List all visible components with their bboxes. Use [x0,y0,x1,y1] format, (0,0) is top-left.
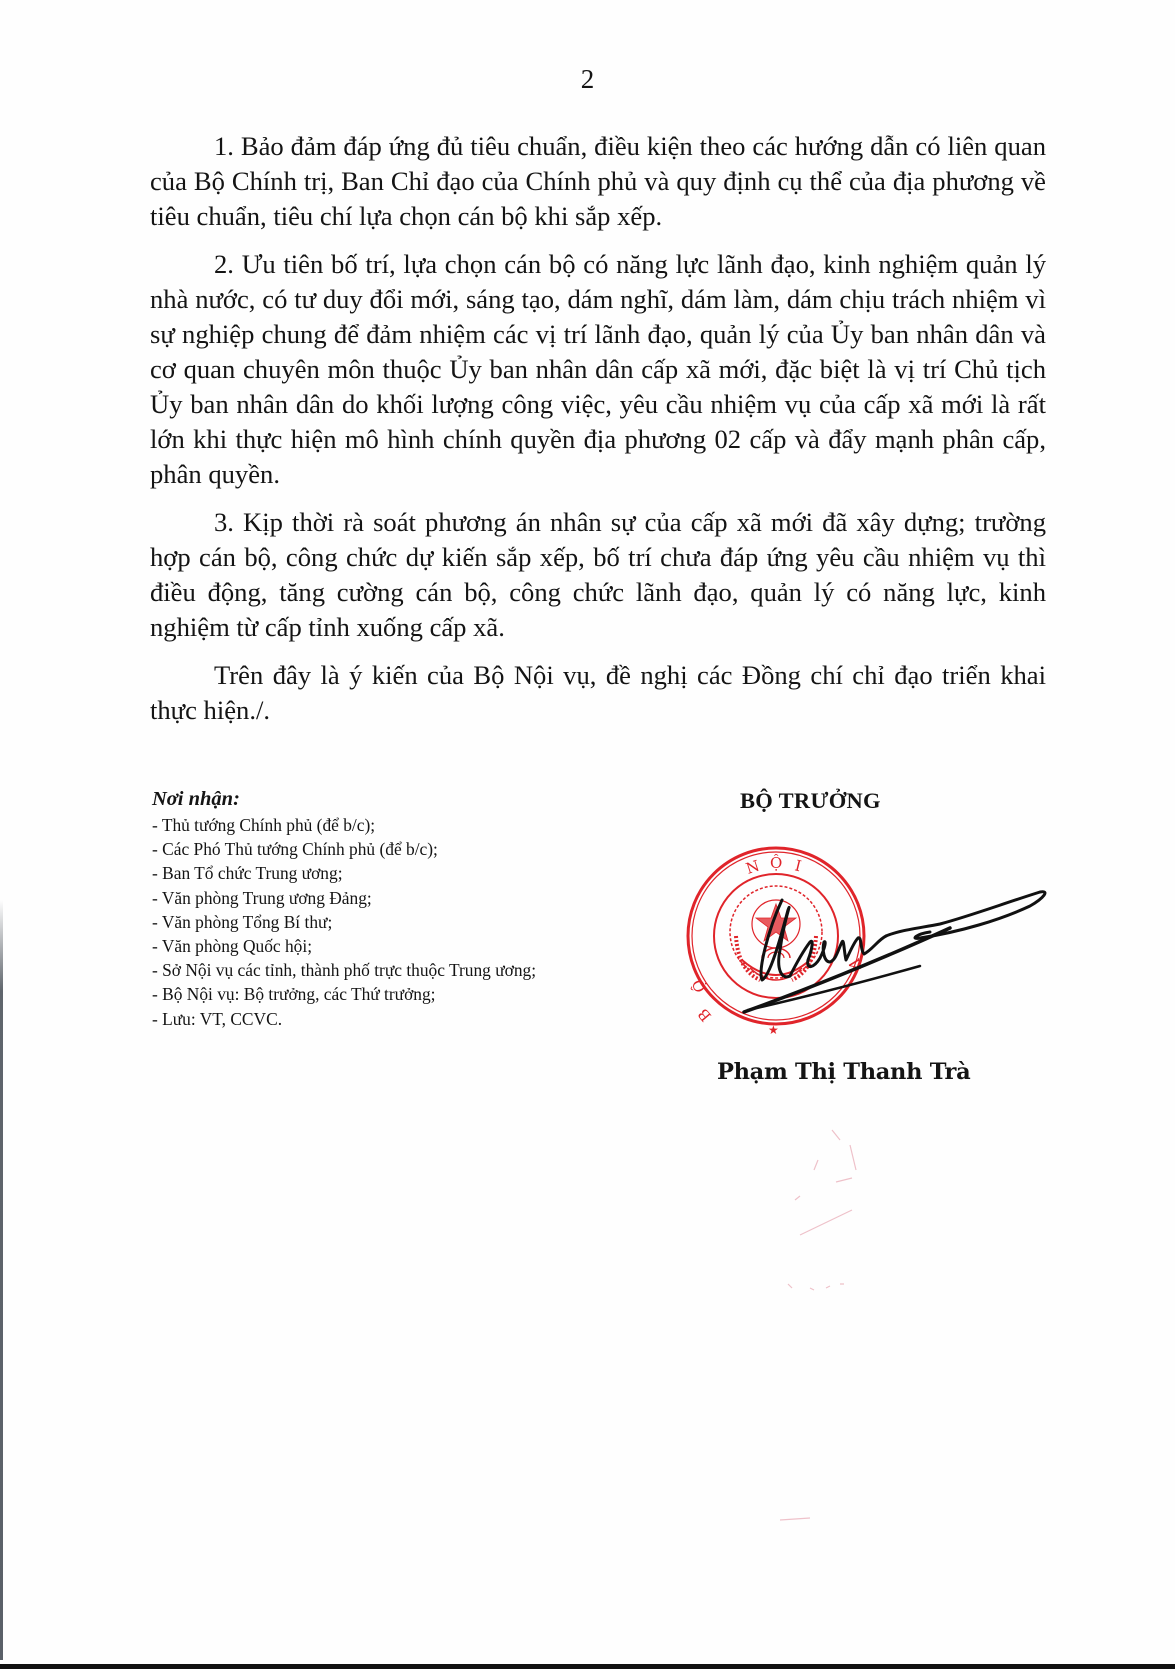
svg-text:★: ★ [768,1023,779,1037]
recipients-heading: Nơi nhận: [152,785,672,813]
recipient-item: - Văn phòng Trung ương Đảng; [152,886,672,910]
recipients-block: Nơi nhận: - Thủ tướng Chính phủ (để b/c)… [152,785,672,1031]
signer-title: BỘ TRƯỞNG [740,786,960,816]
paragraph-3: 3. Kịp thời rà soát phương án nhân sự củ… [150,505,1046,645]
svg-text:N: N [744,857,762,878]
document-body: 1. Bảo đảm đáp ứng đủ tiêu chuẩn, điều k… [150,129,1046,741]
document-page: 2 1. Bảo đảm đáp ứng đủ tiêu chuẩn, điều… [0,0,1175,1669]
recipient-item: - Các Phó Thủ tướng Chính phủ (để b/c); [152,837,672,861]
signer-name: Phạm Thị Thanh Trà [717,1057,970,1087]
recipient-item: - Văn phòng Tổng Bí thư; [152,910,672,934]
scan-left-edge-shadow [0,900,3,1660]
recipients-list: - Thủ tướng Chính phủ (để b/c); - Các Ph… [152,813,672,1031]
recipient-item: - Ban Tổ chức Trung ương; [152,861,672,885]
recipient-item: - Thủ tướng Chính phủ (để b/c); [152,813,672,837]
handwritten-signature [740,880,1060,1020]
recipient-item: - Sở Nội vụ các tỉnh, thành phố trực thu… [152,958,672,982]
svg-text:B: B [694,1005,715,1025]
paragraph-1: 1. Bảo đảm đáp ứng đủ tiêu chuẩn, điều k… [150,129,1046,234]
closing-paragraph: Trên đây là ý kiến của Bộ Nội vụ, đề ngh… [150,658,1046,728]
recipient-item: - Bộ Nội vụ: Bộ trưởng, các Thứ trưởng; [152,982,672,1006]
scan-smudge [740,1100,940,1530]
svg-text:Ộ: Ộ [770,854,782,872]
scan-bottom-edge [0,1664,1175,1669]
page-number: 2 [0,64,1175,94]
recipient-item: - Văn phòng Quốc hội; [152,934,672,958]
recipient-item: - Lưu: VT, CCVC. [152,1007,672,1031]
paragraph-2: 2. Ưu tiên bố trí, lựa chọn cán bộ có nă… [150,247,1046,492]
svg-text:I: I [793,856,803,875]
